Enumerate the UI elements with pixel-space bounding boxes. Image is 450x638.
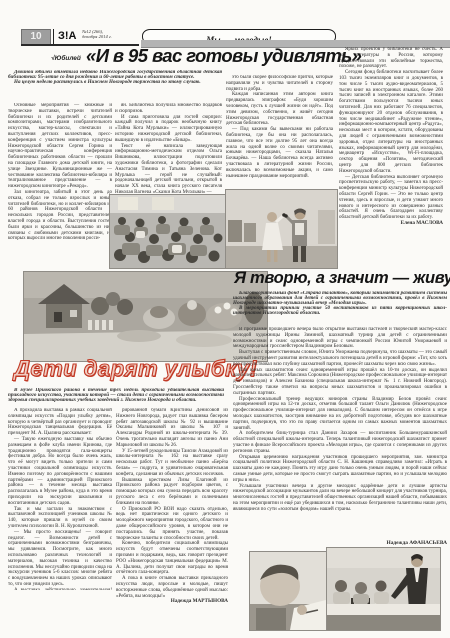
article1-lede-p2: На целую неделю растянулись в Нижнем Нов… [8, 80, 222, 85]
paragraph: Так и мы застали за знакомством с выстав… [8, 507, 112, 530]
crafts-exhibition-photo-graphic [24, 272, 267, 361]
paragraph: У 15-летней рукодельницы Таисии Ахмадово… [116, 449, 228, 478]
paragraph: Основные мероприятия — книжные и творчес… [8, 103, 112, 190]
article1-kicker: √Юбилей [51, 55, 81, 62]
paragraph: Сегодня фонд библиотеки насчитывает боле… [339, 70, 443, 174]
article1-column-2: ян. Библиотека получила множество подарк… [115, 103, 222, 193]
paragraph: — Мы просто восхищены! — говорит педагог… [8, 530, 112, 588]
paragraph: А выставка, действительно, замечательная… [8, 588, 112, 590]
article1-column-4: Ярких проектов у библиотеки не счесть. А… [339, 47, 443, 263]
article2-lede: В музее Приокского района в течение трёх… [8, 388, 224, 406]
paragraph: — Такую ежегодную выставку мы обычно раз… [8, 437, 112, 507]
article3-lede-p1: Благотворительный фонд «Страна талантов»… [233, 291, 447, 306]
audience-photo-graphic [110, 195, 225, 268]
paragraph: И сама приготовила для гостей сюрприз: к… [115, 115, 222, 144]
paragraph: Каждая написанная этим автором книга пре… [226, 92, 333, 127]
drawing-boy-photo [250, 552, 326, 630]
paragraph: Зал кинотеатра, забитый в этот день до о… [8, 190, 112, 242]
audience-photo [110, 195, 225, 268]
paragraph: О Приокской РО ВОИ надо сказать отдельно… [116, 507, 228, 542]
article2-author: Надежда МАРТЫНОВА [116, 599, 228, 605]
article1-lede: Двойной юбилей отметила недавно Нижегоро… [8, 70, 222, 102]
issue-date: декабря 2014 г. [82, 34, 142, 39]
paragraph: Услышали участники вечера и другие мелод… [233, 484, 447, 513]
article3-lede: Благотворительный фонд «Страна талантов»… [233, 291, 447, 325]
article1-headline: «И в 95 вас готовы удивлять» [86, 45, 344, 67]
singing-kids-photo [226, 190, 337, 268]
article3-body: В программе прошедшего вечера было откры… [233, 327, 447, 540]
paragraph: В программе прошедшего вечера было откры… [233, 327, 447, 350]
paragraph: А победителем блиц-турнира стал Даниил З… [233, 431, 447, 454]
paragraph: рированной бумаги Кристины Денисовой из … [116, 408, 228, 449]
paragraph: Профессиональный тренер ведущих юниоров … [233, 397, 447, 432]
paragraph: Выступая с приветственным словом, Юнита … [233, 350, 447, 367]
paragraph: А пока в книге отзывов выставки прикладн… [116, 576, 228, 599]
paragraph: — Детская библиотека выполняет огромную … [339, 175, 443, 221]
paragraph: Для юных шахматистов сеанс одновременной… [233, 368, 447, 397]
article1-author: Елена МАСЛОВА [339, 221, 443, 227]
paragraph: А проходила выставка в рамках социальной… [8, 408, 112, 437]
article2-headline: Дети дарят улыбку! [14, 356, 270, 382]
paragraph: — Под какими бы вывесками ни работала би… [226, 127, 333, 179]
paragraph: Вышивка крестиком Лизы Елагиной из Приок… [116, 478, 228, 507]
paragraph: Конечно, победители социальной олимпиады… [116, 541, 228, 576]
article3-headline: Я творю, а значит — живу! [234, 269, 446, 288]
drawing-boy-photo-graphic [250, 552, 326, 630]
paragraph: Ярких проектов у библиотеки не счесть. А… [339, 47, 443, 70]
newspaper-logo: З!А [58, 29, 77, 44]
chess-session-photo [327, 548, 440, 630]
header-divider [53, 29, 54, 44]
page-number: 10 [21, 29, 51, 45]
article1-column-3: это были скорее философские притчи, кото… [226, 75, 333, 189]
crafts-exhibition-photo [24, 272, 267, 361]
singing-kids-photo-graphic [226, 190, 337, 268]
article2-column-2: рированной бумаги Кристины Денисовой из … [116, 408, 228, 615]
article3-lede-p2: В мероприятии приняли участие 50 воспита… [233, 306, 447, 316]
paragraph: Открывая церемонию награждения участнико… [233, 455, 447, 484]
article2-column-1: А проходила выставка в рамках социальной… [8, 408, 112, 590]
paragraph: это были скорее философские притчи, кото… [226, 75, 333, 92]
article1-column-1: Основные мероприятия — книжные и творчес… [8, 103, 112, 268]
paragraph: ян. Библиотека получила множество подарк… [115, 103, 222, 115]
issue-info: №12 (266), декабря 2014 г. [82, 29, 142, 40]
article2-lede-p1: В музее Приокского района в течение трёх… [8, 388, 224, 403]
article3-author: Надежда АФАНАСЬЕВА [233, 540, 447, 546]
chess-session-photo-graphic [327, 548, 440, 630]
paragraph: Текст её написала заведующая информацион… [115, 144, 222, 193]
